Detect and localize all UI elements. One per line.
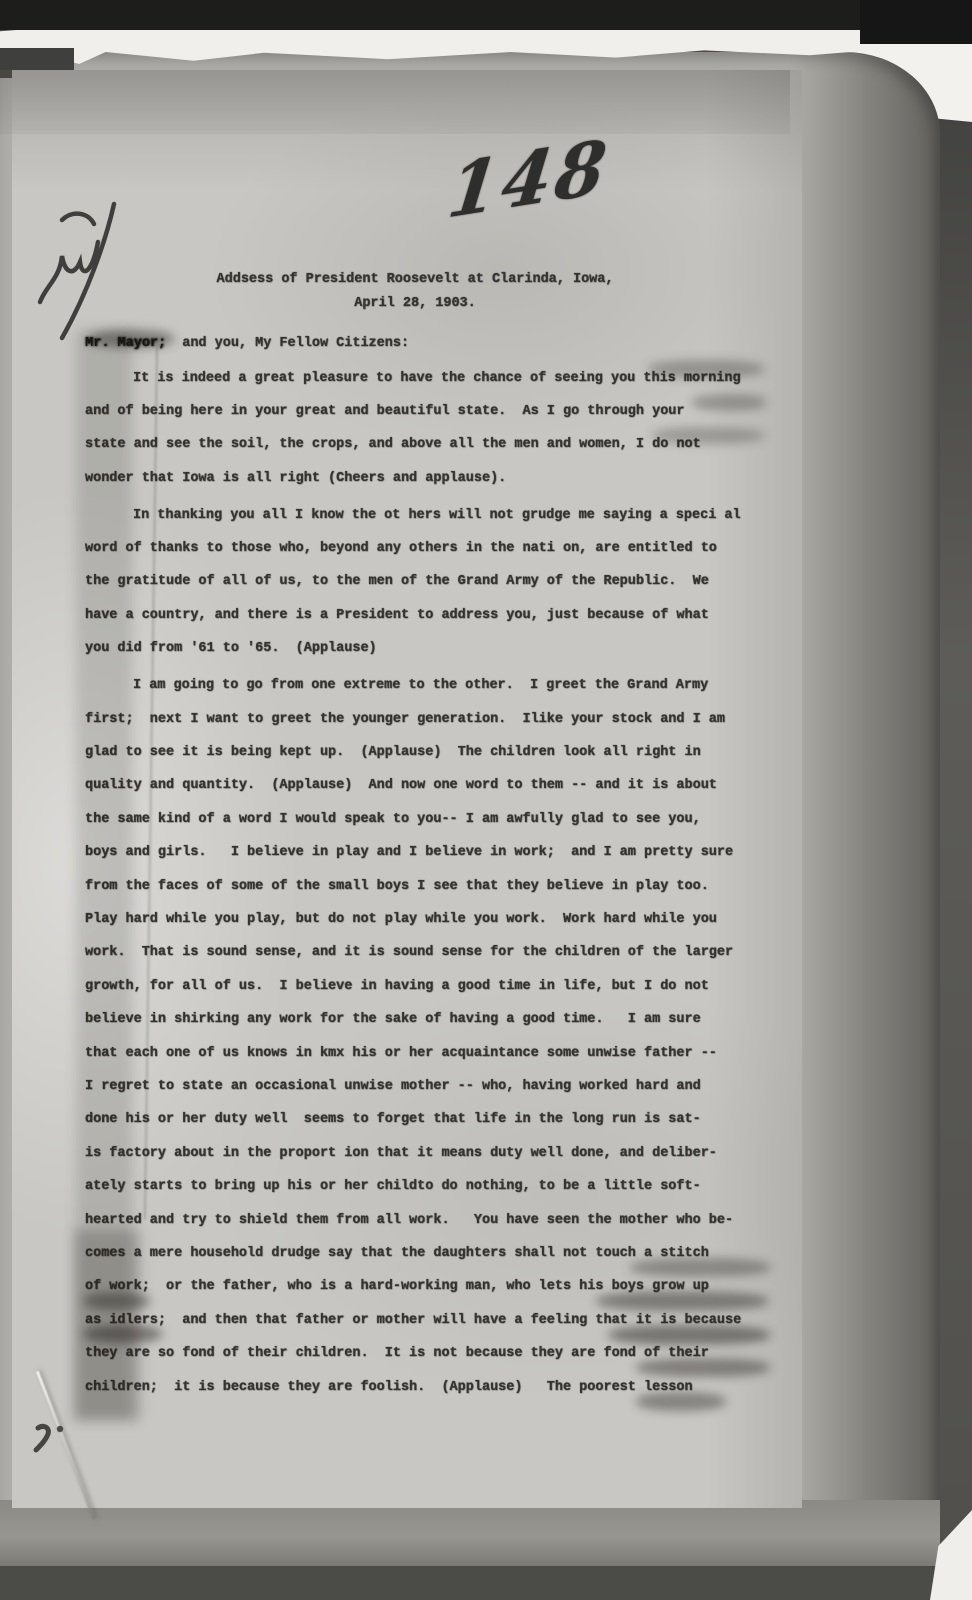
- typed-line: have a country, and there is a President…: [85, 599, 769, 632]
- typed-line: that each one of us knows in kmx his or …: [85, 1037, 769, 1070]
- typed-document: Addsess of President Roosevelt at Clarin…: [85, 268, 769, 1404]
- typed-line: first; next I want to greet the younger …: [85, 703, 769, 736]
- scanned-page-photo: 148 Addsess of President Roosevelt at Cl…: [0, 0, 972, 1600]
- album-board-bottom-edge: [0, 1500, 940, 1566]
- document-title-block: Addsess of President Roosevelt at Clarin…: [85, 268, 745, 316]
- typed-line: ately starts to bring up his or her chil…: [85, 1170, 769, 1203]
- typed-line: comes a mere household drudge say that t…: [85, 1237, 769, 1270]
- typed-line: boys and girls. I believe in play and I …: [85, 836, 769, 869]
- salutation-rest: and you, My Fellow Citizens:: [166, 336, 409, 351]
- page-top-shadow: [0, 70, 790, 134]
- typed-line: glad to see it is being kept up. (Applau…: [85, 736, 769, 769]
- salutation-heavy: Mr. Mayor;: [85, 336, 166, 351]
- typed-line: they are so fond of their children. It i…: [85, 1337, 769, 1370]
- typed-line: It is indeed a great pleasure to have th…: [85, 362, 769, 395]
- typed-line: of work; or the father, who is a hard-wo…: [85, 1270, 769, 1303]
- paragraph: I am going to go from one extreme to the…: [85, 669, 769, 1404]
- paragraph: In thanking you all I know the ot hers w…: [85, 499, 769, 666]
- typed-line: the same kind of a word I would speak to…: [85, 803, 769, 836]
- bottom-left-ink-mark: [30, 1420, 74, 1454]
- typed-line: word of thanks to those who, beyond any …: [85, 532, 769, 565]
- backdrop-top-right: [860, 0, 972, 44]
- typed-line: as idlers; and then that father or mothe…: [85, 1304, 769, 1337]
- typed-line: quality and quantity. (Applause) And now…: [85, 769, 769, 802]
- typed-line: wonder that Iowa is all right (Cheers an…: [85, 462, 769, 495]
- document-date: April 28, 1903.: [85, 292, 745, 316]
- typed-line: work. That is sound sense, and it is sou…: [85, 936, 769, 969]
- typed-line: I am going to go from one extreme to the…: [85, 669, 769, 702]
- typed-line: and of being here in your great and beau…: [85, 395, 769, 428]
- typed-line: I regret to state an occasional unwise m…: [85, 1070, 769, 1103]
- typed-line: growth, for all of us. I believe in havi…: [85, 970, 769, 1003]
- typed-line: children; it is because they are foolish…: [85, 1371, 769, 1404]
- typed-line: you did from '61 to '65. (Applause): [85, 632, 769, 665]
- backdrop-top: [0, 0, 972, 30]
- typed-line: In thanking you all I know the ot hers w…: [85, 499, 769, 532]
- backdrop-shadow: [938, 30, 972, 1600]
- typed-line: believe in shirking any work for the sak…: [85, 1003, 769, 1036]
- salutation: Mr. Mayor; and you, My Fellow Citizens:: [85, 330, 769, 358]
- document-title: Addsess of President Roosevelt at Clarin…: [85, 268, 745, 292]
- speech-body: It is indeed a great pleasure to have th…: [85, 362, 769, 1405]
- typed-line: the gratitude of all of us, to the men o…: [85, 565, 769, 598]
- typed-line: from the faces of some of the small boys…: [85, 870, 769, 903]
- typed-line: is factory about in the proport ion that…: [85, 1137, 769, 1170]
- typed-line: hearted and try to shield them from all …: [85, 1204, 769, 1237]
- typed-line: done his or her duty well seems to forge…: [85, 1103, 769, 1136]
- paragraph: It is indeed a great pleasure to have th…: [85, 362, 769, 496]
- typed-line: Play hard while you play, but do not pla…: [85, 903, 769, 936]
- typed-line: state and see the soil, the crops, and a…: [85, 428, 769, 461]
